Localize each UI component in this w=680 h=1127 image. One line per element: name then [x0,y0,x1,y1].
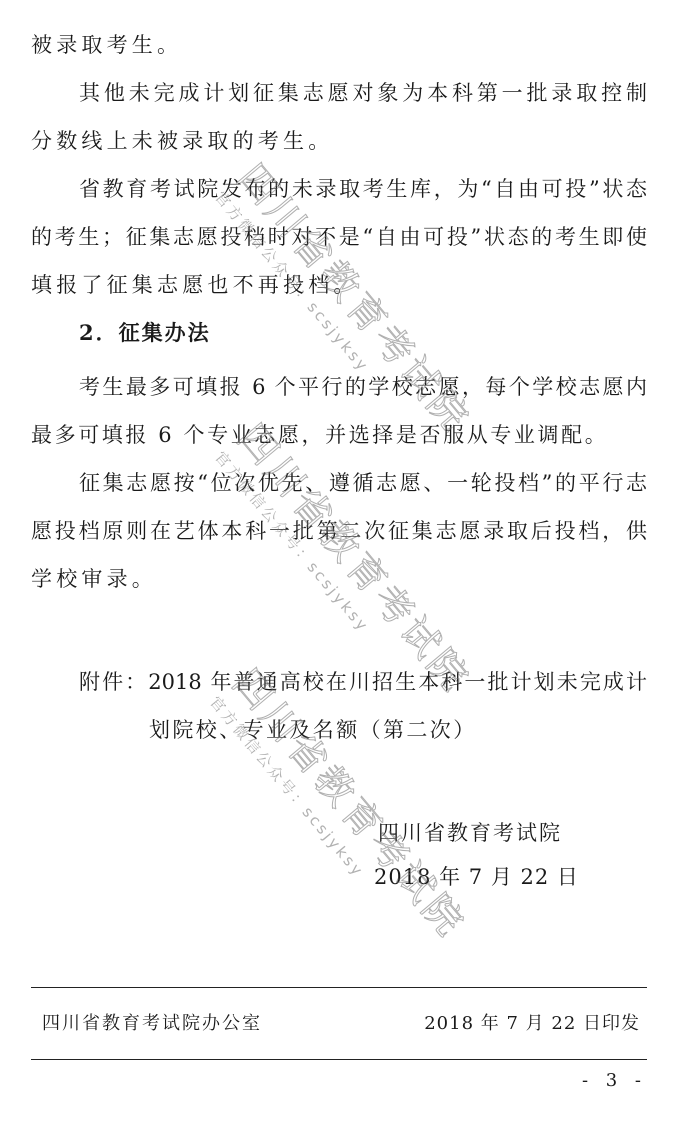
watermark-title: 四川省教育考试院 [223,655,481,948]
body-line: 分数线上未被录取的考生。 [31,127,647,155]
body-line: 学校审录。 [31,565,647,593]
footer-office: 四川省教育考试院办公室 [42,1011,262,1037]
body-line: 的考生；征集志愿投档时对不是“自由可投”状态的考生即使 [31,223,647,251]
annex-title-line2: 划院校、专业及名额（第二次） [149,716,680,744]
section-heading: 2．征集办法 [79,319,647,347]
watermark-title: 四川省教育考试院 [228,410,486,703]
body-line: 填报了征集志愿也不再投档。 [31,271,647,299]
footer-top-rule [31,987,647,988]
signature-date: 2018 年 7 月 22 日 [374,863,579,891]
annex-title-line1: 附件：2018 年普通高校在川招生本科一批计划未完成计 [79,668,647,696]
body-line-paragraph-start: 其他未完成计划征集志愿对象为本科第一批录取控制 [79,79,647,107]
body-line-paragraph-start: 考生最多可填报 6 个平行的学校志愿，每个学校志愿内 [79,373,647,401]
watermark: 四川省教育考试院 官方微信公众号：scsjyksy [205,655,481,963]
document-page: 被录取考生。 其他未完成计划征集志愿对象为本科第一批录取控制 分数线上未被录取的… [0,0,680,1127]
footer-print-date: 2018 年 7 月 22 日印发 [424,1011,640,1037]
page-number: - 3 - [582,1068,647,1094]
body-line-paragraph-start: 省教育考试院发布的未录取考生库，为“自由可投”状态 [79,175,647,203]
body-line: 最多可填报 6 个专业志愿，并选择是否服从专业调配。 [31,421,647,449]
signature-issuer: 四川省教育考试院 [378,819,562,847]
body-line-continuation: 被录取考生。 [31,31,647,59]
body-line: 愿投档原则在艺体本科一批第二次征集志愿录取后投档，供 [31,517,647,545]
footer-bottom-rule [31,1059,647,1060]
body-line-paragraph-start: 征集志愿按“位次优先、遵循志愿、一轮投档”的平行志 [79,469,647,497]
